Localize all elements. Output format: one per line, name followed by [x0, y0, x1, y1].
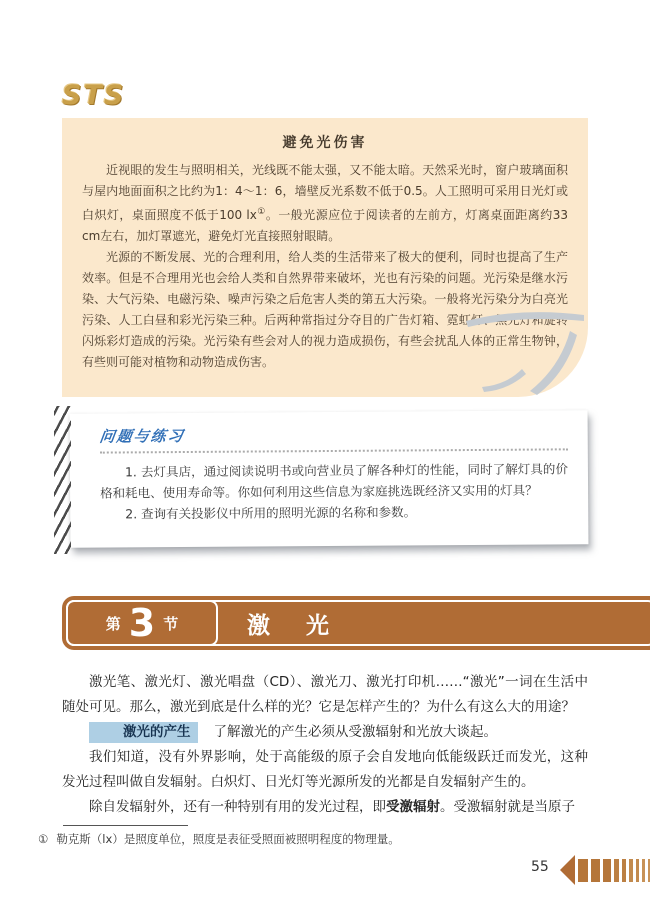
- section-prefix: 第: [106, 613, 121, 634]
- footnote-text: 勒克斯（lx）是照度单位，照度是表征受照面被照明程度的物理量。: [56, 832, 400, 846]
- main-paragraph-intro: 激光笔、激光灯、激光唱盘（CD）、激光刀、激光打印机……“激光”一词在生活中随处…: [62, 670, 588, 720]
- main-paragraph-stimulated: 除自发辐射外，还有一种特别有用的发光过程，即受激辐射。受激辐射就是当原子: [62, 795, 588, 820]
- exercise-item-2: 2. 查询有关投影仪中所用的照明光源的名称和参数。: [100, 500, 568, 524]
- footnote: ①勒克斯（lx）是照度单位，照度是表征受照面被照明程度的物理量。: [38, 831, 578, 848]
- arrow-bar: [622, 859, 626, 882]
- section-number-box: 第 3 节: [66, 600, 218, 646]
- section-title: 激 光: [247, 596, 343, 650]
- arrow-bar: [642, 859, 645, 882]
- arrow-bar: [614, 859, 619, 882]
- term-stimulated-radiation: 受激辐射: [386, 799, 440, 815]
- para3-text-cont: 。受激辐射就是当原子: [440, 799, 575, 815]
- section-number: 3: [129, 604, 155, 642]
- exercise-item-1: 1. 去灯具店，通过阅读说明书或向营业员了解各种灯的性能，同时了解灯具的价格和耗…: [100, 458, 568, 503]
- main-text: 激光笔、激光灯、激光唱盘（CD）、激光刀、激光打印机……“激光”一词在生活中随处…: [62, 670, 588, 820]
- spiral-binding-decoration: [54, 406, 71, 554]
- topic-text: 了解激光的产生必须从受激辐射和光放大谈起。: [214, 724, 498, 740]
- arrow-bar: [578, 859, 588, 882]
- info-box-paragraph-2: 光源的不断发展、光的合理利用，给人类的生活带来了极大的便利，同时也提高了生产效率…: [82, 247, 568, 373]
- section-suffix: 节: [163, 613, 178, 634]
- page-edge-arrow-icon: [560, 852, 650, 888]
- footnote-divider: [63, 825, 188, 826]
- exercises-card: 问题与练习 1. 去灯具店，通过阅读说明书或向营业员了解各种灯的性能，同时了解灯…: [70, 410, 589, 548]
- info-box-paragraph-1: 近视眼的发生与照明相关，光线既不能太强，又不能太暗。天然采光时，窗户玻璃面积与屋…: [82, 160, 568, 247]
- exercises-title: 问题与练习: [98, 425, 186, 447]
- arrow-bar: [603, 859, 611, 882]
- section-header: 第 3 节 激 光: [62, 596, 650, 650]
- dotted-divider: [100, 448, 568, 453]
- info-box-avoid-light-harm: 避免光伤害 近视眼的发生与照明相关，光线既不能太强，又不能太暗。天然采光时，窗户…: [62, 118, 588, 397]
- arrow-bar: [591, 859, 600, 882]
- main-paragraph-spontaneous: 我们知道，没有外界影响，处于高能级的原子会自发地向低能级跃迁而发光，这种发光过程…: [62, 745, 588, 795]
- footnote-marker-icon: ①: [38, 832, 48, 846]
- topic-label-laser-generation: 激光的产生: [89, 722, 198, 743]
- info-box-title: 避免光伤害: [82, 132, 568, 152]
- sts-logo: STS: [62, 80, 125, 111]
- page-number: 55: [531, 859, 549, 875]
- arrow-bar: [636, 859, 639, 882]
- para3-text: 除自发辐射外，还有一种特别有用的发光过程，即: [89, 799, 386, 815]
- main-paragraph-topic: 激光的产生了解激光的产生必须从受激辐射和光放大谈起。: [62, 720, 588, 745]
- arrow-head: [560, 855, 575, 885]
- footnote-reference-icon: ①: [257, 207, 266, 217]
- arrow-bar: [629, 859, 633, 882]
